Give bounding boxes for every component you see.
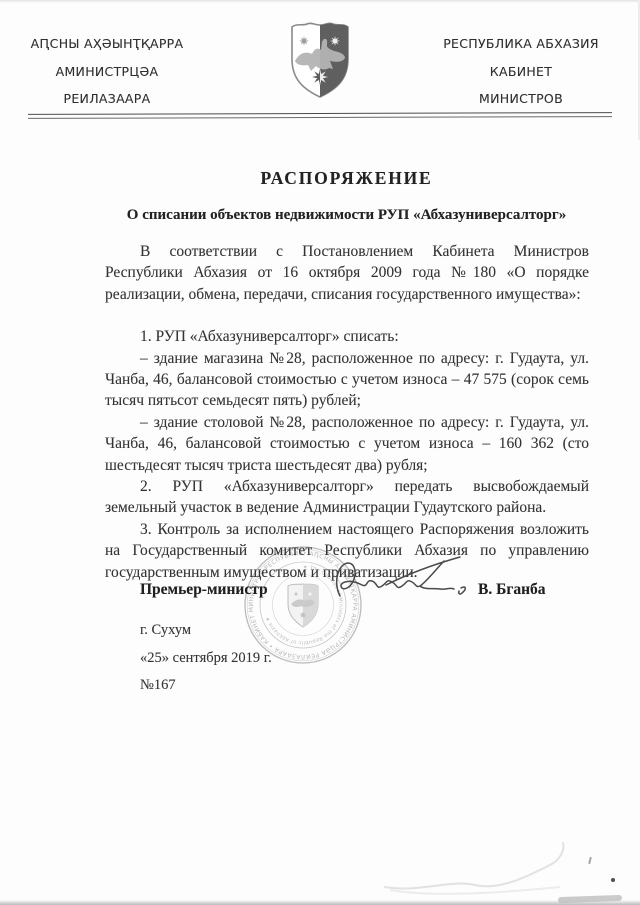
signature-position-title: Премьер-министр <box>140 581 268 599</box>
footer-city: г. Сухум <box>140 617 272 645</box>
footer-date: «25» сентября 2019 г. <box>140 645 272 673</box>
header-left-line: АԤСНЫ АҲӘЫНҬҚАРРА <box>18 30 196 58</box>
scan-edge-bottom <box>0 900 640 905</box>
header-right-russian: РЕСПУБЛИКА АБХАЗИЯ КАБИНЕТ МИНИСТРОВ <box>428 30 614 113</box>
handwritten-signature-icon <box>328 554 468 604</box>
header-right-line: КАБИНЕТ <box>428 58 614 86</box>
header-right-line: МИНИСТРОВ <box>428 85 614 113</box>
scan-speck <box>611 878 615 882</box>
header-left-line: АМИНИСТРЦӘА <box>18 58 196 86</box>
paragraph-item-1: 1. РУП «Абхазуниверсалторг» списать: <box>105 326 589 347</box>
stamp-center-emblem <box>288 584 318 627</box>
footer-number: №167 <box>140 672 272 700</box>
paragraph-dash-1: – здание магазина №28, расположенное по … <box>105 348 589 412</box>
header-right-line: РЕСПУБЛИКА АБХАЗИЯ <box>428 30 614 58</box>
footer-block: г. Сухум «25» сентября 2019 г. №167 <box>140 617 272 700</box>
document-body: В соответствии с Постановлением Кабинета… <box>105 241 589 583</box>
paragraph-dash-2: – здание столовой №28, расположенное по … <box>105 412 589 476</box>
abkhazia-coat-of-arms-icon <box>289 21 351 100</box>
document-subject: О списании объектов недвижимости РУП «Аб… <box>105 207 588 224</box>
header-left-line: РЕИЛАЗААРА <box>18 85 196 113</box>
header-double-rule <box>28 112 612 119</box>
document-title: РАСПОРЯЖЕНИЕ <box>105 168 588 189</box>
paragraph-preamble: В соответствии с Постановлением Кабинета… <box>105 241 589 305</box>
signature-name: В. Бганба <box>478 581 546 599</box>
header-left-abkhaz: АԤСНЫ АҲӘЫНҬҚАРРА АМИНИСТРЦӘА РЕИЛАЗААРА <box>18 30 196 113</box>
paragraph-item-2: 2. РУП «Абхазуниверсалторг» передать выс… <box>105 476 589 519</box>
scan-edge-top <box>0 0 640 3</box>
scanned-decree-page: АԤСНЫ АҲӘЫНҬҚАРРА АМИНИСТРЦӘА РЕИЛАЗААРА… <box>0 0 640 905</box>
scan-smudge-squiggle <box>380 835 625 900</box>
